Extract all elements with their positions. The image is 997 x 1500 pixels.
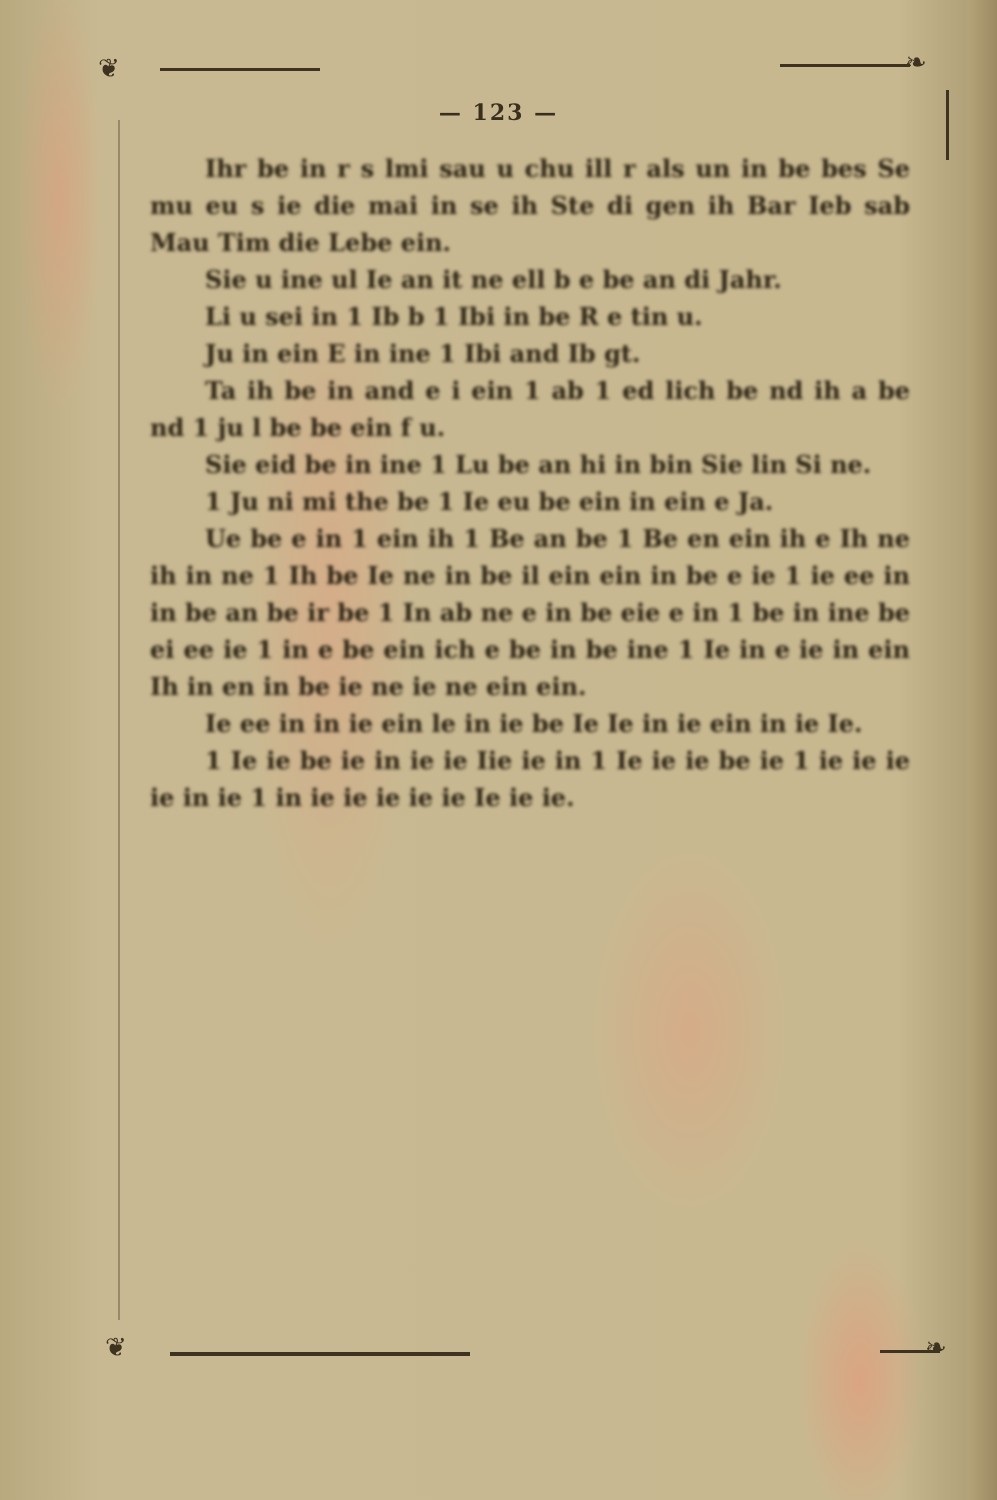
page-body-text: Ihr be in r s lmi sau u chu ill r als un… <box>150 150 910 816</box>
paragraph: Ju in ein E in ine 1 Ibi and Ib gt. <box>150 335 910 372</box>
corner-ornament-top-left-icon: ❦ <box>98 56 120 82</box>
paragraph: Ie ee in in ie ein le in ie be Ie Ie in … <box>150 705 910 742</box>
paragraph: Ue be e in 1 ein ih 1 Be an be 1 Be en e… <box>150 520 910 705</box>
paragraph: Sie u ine ul Ie an it ne ell b e be an d… <box>150 261 910 298</box>
scanned-page: ❦ ❧ ❦ ❧ — 123 — Ihr be in r s lmi sau u … <box>0 0 997 1500</box>
corner-ornament-bottom-left-icon: ❦ <box>105 1335 127 1361</box>
frame-left-rule <box>118 120 120 1320</box>
page-number: — 123 — <box>0 100 997 126</box>
paragraph: Sie eid be in ine 1 Lu be an hi in bin S… <box>150 446 910 483</box>
paragraph: Ta ih be in and e i ein 1 ab 1 ed lich b… <box>150 372 910 446</box>
book-spine-edge <box>967 0 997 1500</box>
paragraph: Ihr be in r s lmi sau u chu ill r als un… <box>150 150 910 261</box>
corner-ornament-top-right-icon: ❧ <box>905 50 927 76</box>
frame-top-right-rule <box>780 64 910 67</box>
paragraph: Li u sei in 1 Ib b 1 Ibi in be R e tin u… <box>150 298 910 335</box>
paragraph: 1 Ju ni mi the be 1 Ie eu be ein in ein … <box>150 483 910 520</box>
paragraph: 1 Ie ie be ie in ie ie Iie ie in 1 Ie ie… <box>150 742 910 816</box>
frame-bottom-left-rule <box>170 1352 470 1356</box>
corner-ornament-bottom-right-icon: ❧ <box>925 1335 947 1361</box>
frame-top-left-rule <box>160 68 320 71</box>
